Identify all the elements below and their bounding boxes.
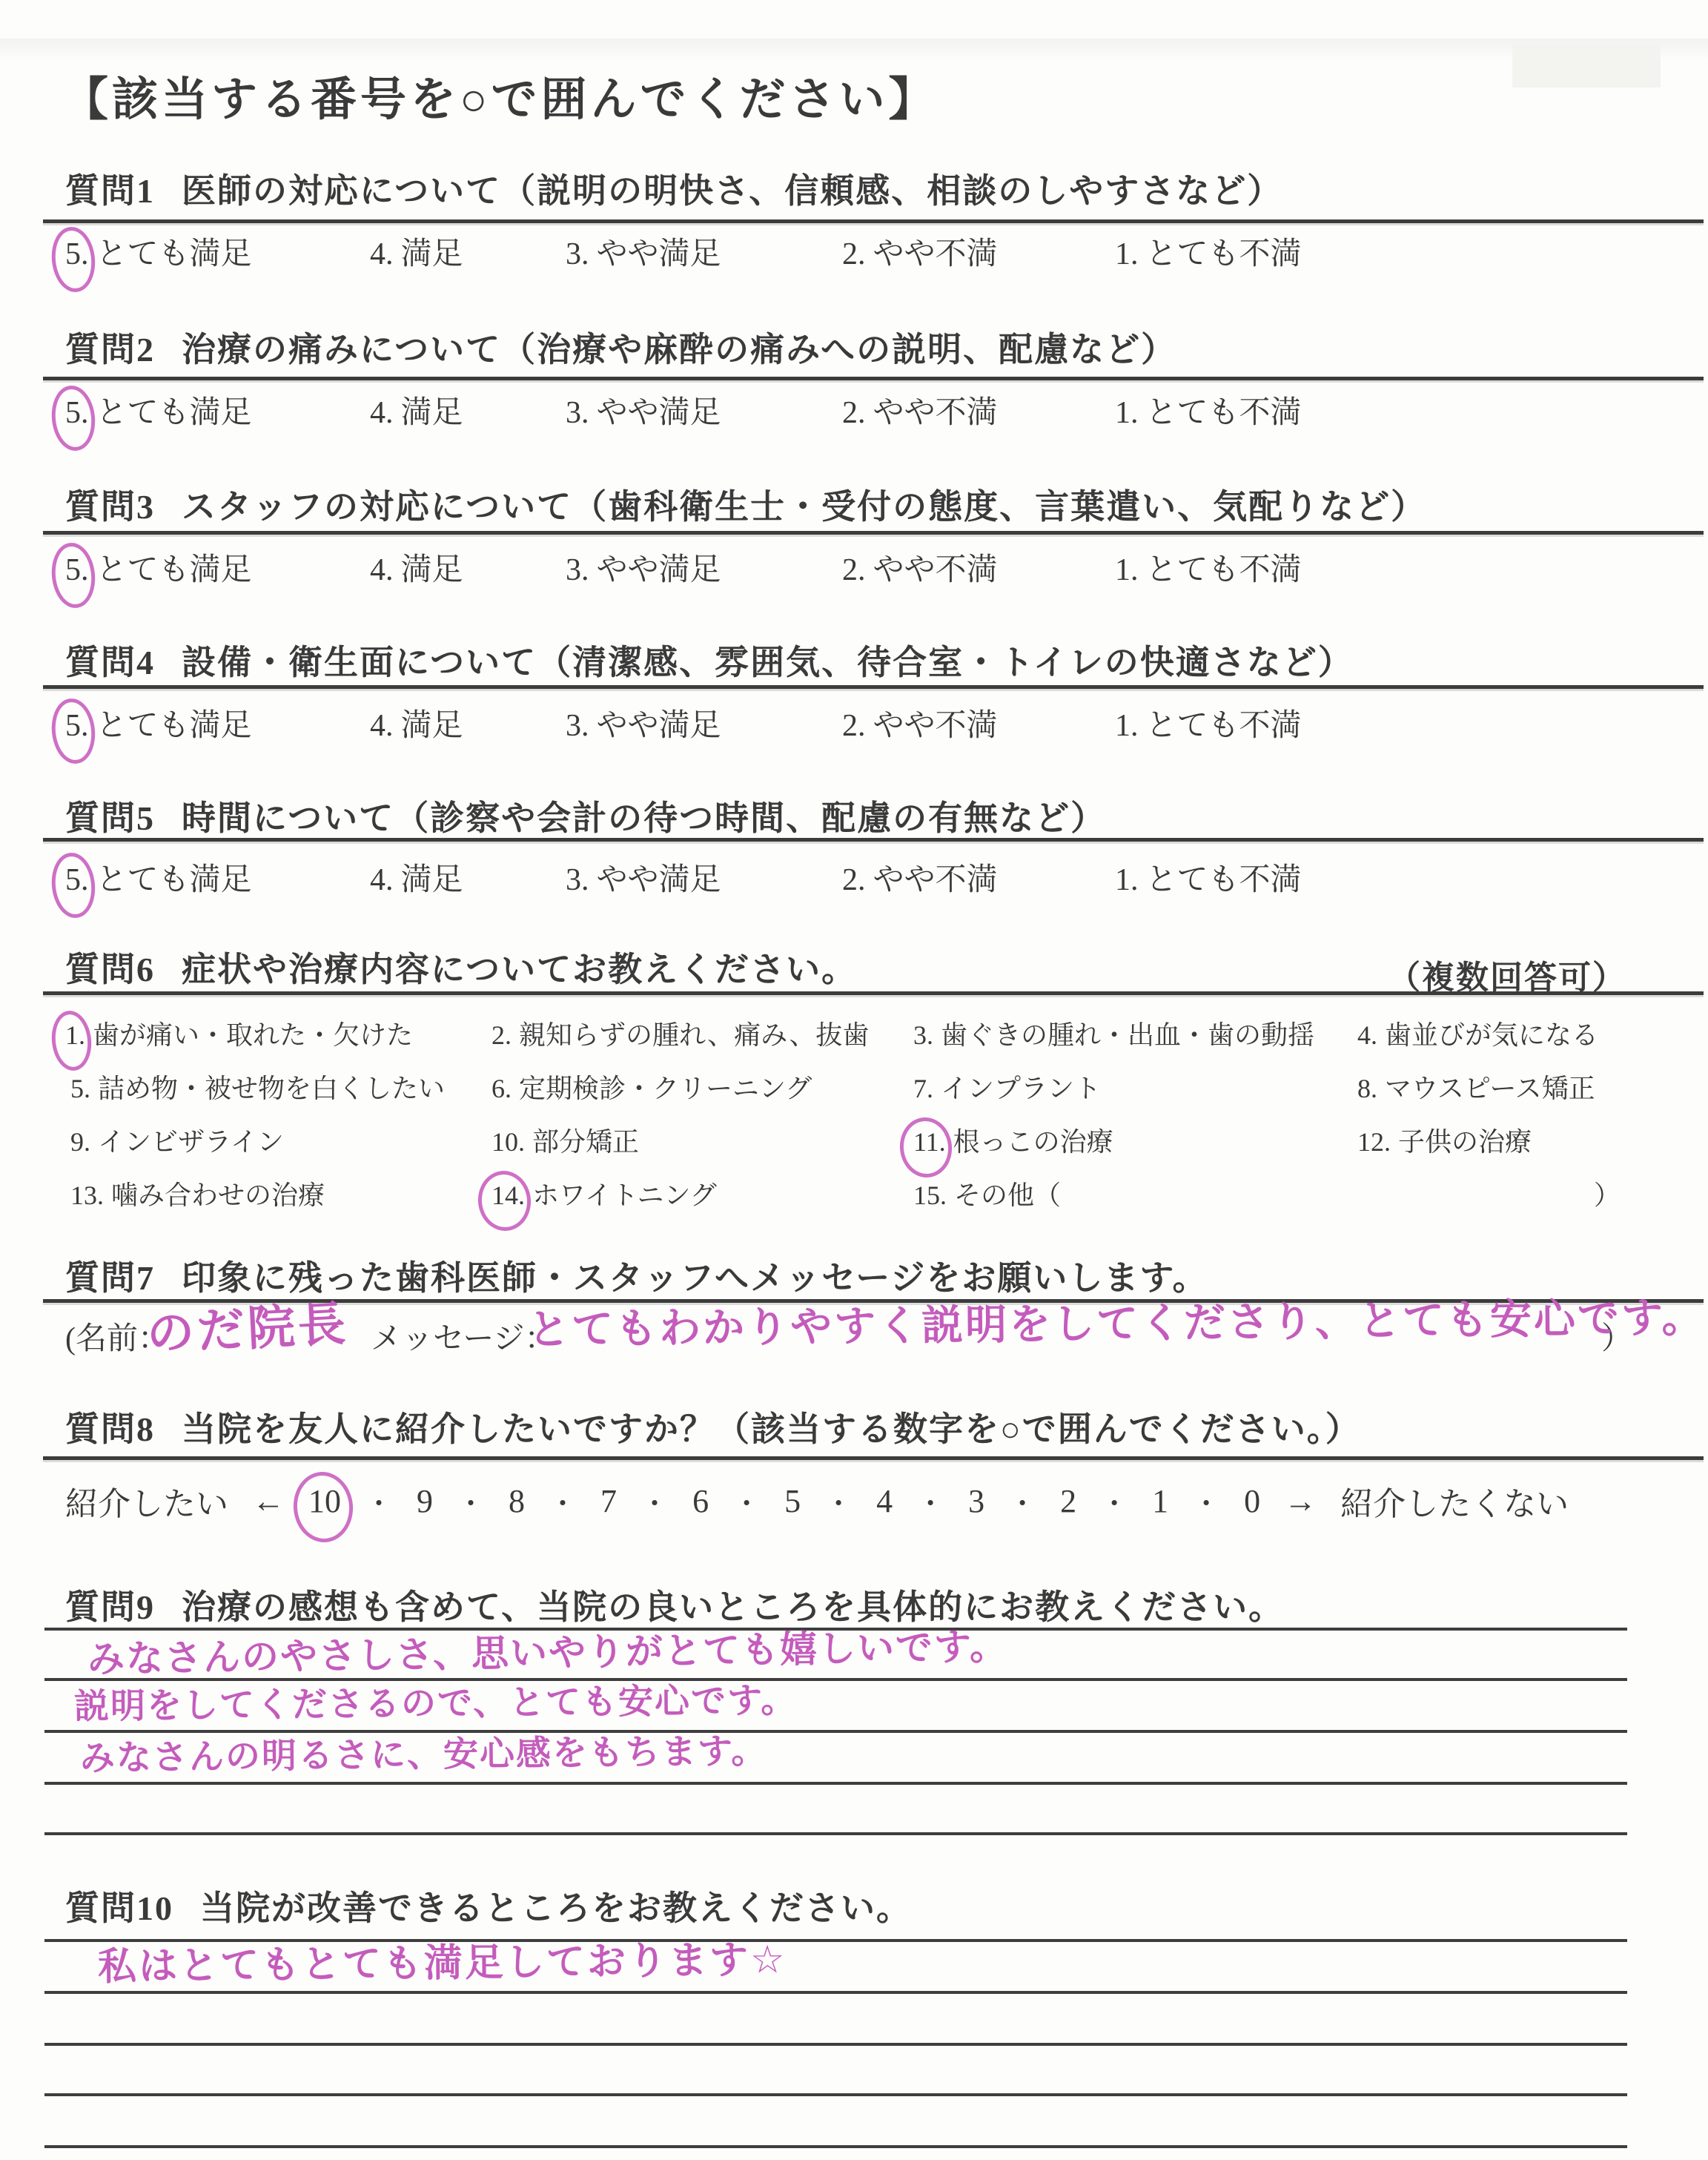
rating-option: 4.満足 — [370, 552, 463, 589]
option-text: とても不満 — [1146, 553, 1302, 587]
symptom-option: 9.インビザライン — [70, 1126, 284, 1158]
option-number: 2. — [842, 552, 866, 589]
symptom-option: 5.詰め物・被せ物を白くしたい — [70, 1073, 445, 1105]
question-2-label: 質問2 — [65, 331, 155, 369]
other-close-paren: ） — [1594, 1180, 1621, 1212]
divider-line — [43, 1456, 1704, 1460]
option-text: ホワイトニング — [532, 1180, 717, 1210]
option-text: 満足 — [401, 396, 463, 430]
nps-number: 3 — [968, 1482, 984, 1520]
option-number: 1. — [1115, 236, 1139, 273]
option-text: やや不満 — [873, 553, 998, 587]
nps-number: 0 — [1244, 1482, 1260, 1520]
option-number: 3. — [566, 236, 589, 273]
option-number: 2. — [842, 236, 866, 273]
option-text: 満足 — [401, 237, 463, 271]
question-2-options: 5.とても満足 4.満足 3.やや満足 2.やや不満 1.とても不満 — [0, 394, 1708, 442]
right-arrow-icon: → — [1284, 1482, 1317, 1520]
option-number: 3. — [566, 707, 589, 744]
question-3-header: 質問3スタッフの対応について（歯科衛生士・受付の態度、言葉遣い、気配りなど） — [65, 488, 1426, 527]
handwritten-answer-line: 説明をしてくださるので、とても安心です。 — [74, 1682, 798, 1726]
option-number: 10. — [491, 1126, 525, 1158]
option-number-circle-target: 1. — [65, 1020, 85, 1051]
rating-option: 5.とても満足 — [65, 552, 252, 589]
handwritten-message: とてもわかりやすく説明をしてくださり、とても安心です。 — [528, 1295, 1706, 1353]
question-10-header: 質問10当院が改善できるところをお教えください。 — [65, 1889, 912, 1929]
question-5-header: 質問5時間について（診察や会計の待つ時間、配慮の有無など） — [65, 799, 1106, 839]
answer-ruled-line — [44, 1832, 1627, 1835]
option-number: 2. — [842, 707, 866, 744]
option-text: とても不満 — [1146, 709, 1302, 743]
symptom-option: 13.噛み合わせの治療 — [70, 1180, 325, 1212]
option-text: 歯並びが気になる — [1385, 1020, 1598, 1050]
option-text: 歯が痛い・取れた・欠けた — [93, 1020, 413, 1050]
question-8-label: 質問8 — [65, 1410, 155, 1448]
dot-separator: ・ — [365, 1481, 393, 1522]
answer-ruled-line — [44, 1678, 1627, 1681]
left-arrow-icon: ← — [252, 1482, 285, 1520]
option-number: 3. — [566, 394, 589, 432]
rating-option: 1.とても不満 — [1115, 552, 1302, 589]
handwritten-answer-line: 私はとてもとても満足しております☆ — [98, 1939, 787, 1989]
option-number: 2. — [491, 1020, 512, 1051]
question-6-label: 質問6 — [65, 951, 155, 988]
option-number: 6. — [491, 1073, 512, 1105]
option-number-circle-target: 5. — [65, 236, 89, 273]
option-text: その他（ — [954, 1180, 1061, 1210]
symptom-option: 7.インプラント — [913, 1073, 1101, 1105]
option-number: 12. — [1357, 1126, 1391, 1158]
symptom-option-other: 15.その他（ — [913, 1180, 1061, 1212]
rating-option: 3.やや満足 — [566, 707, 721, 744]
rating-option: 4.満足 — [370, 862, 463, 899]
symptom-option: 4.歯並びが気になる — [1357, 1020, 1598, 1051]
symptom-option: 12.子供の治療 — [1357, 1126, 1532, 1158]
option-number: 7. — [913, 1073, 933, 1105]
question-7-title: 印象に残った歯科医師・スタッフへメッセージをお願いします。 — [182, 1259, 1208, 1297]
nps-number: 8 — [509, 1482, 525, 1520]
question-2-header: 質問2治療の痛みについて（治療や麻酔の痛みへの説明、配慮など） — [65, 331, 1176, 370]
option-number: 15. — [913, 1180, 947, 1212]
option-number: 13. — [70, 1180, 104, 1212]
option-number: 1. — [1115, 394, 1139, 432]
handwritten-answer-line: みなさんのやさしさ、思いやりがとても嬉しいです。 — [87, 1626, 1009, 1680]
answer-ruled-line — [44, 1782, 1627, 1785]
rating-option: 1.とても不満 — [1115, 236, 1302, 273]
question-3-options: 5.とても満足 4.満足 3.やや満足 2.やや不満 1.とても不満 — [0, 552, 1708, 599]
scan-edge-artifact — [1512, 44, 1661, 87]
question-9-label: 質問9 — [65, 1588, 155, 1626]
divider-line — [43, 838, 1704, 842]
option-number: 1. — [1115, 552, 1139, 589]
option-number: 4. — [370, 552, 394, 589]
option-text: やや満足 — [597, 709, 721, 743]
option-text: やや満足 — [597, 553, 721, 587]
option-text: やや満足 — [597, 237, 721, 271]
question-1-options: 5.とても満足 4.満足 3.やや満足 2.やや不満 1.とても不満 — [0, 236, 1708, 283]
divider-line — [43, 685, 1704, 689]
symptom-option: 1.歯が痛い・取れた・欠けた — [65, 1020, 413, 1051]
dot-separator: ・ — [457, 1481, 485, 1522]
option-number-circle-target: 5. — [65, 394, 89, 432]
nps-number-circle-target: 10 — [308, 1482, 341, 1520]
question-1-header: 質問1医師の対応について（説明の明快さ、信頼感、相談のしやすさなど） — [65, 172, 1282, 211]
answer-ruled-line — [44, 2043, 1627, 2046]
rating-option: 5.とても満足 — [65, 862, 252, 899]
dot-separator: ・ — [916, 1481, 944, 1522]
option-number: 3. — [913, 1020, 933, 1051]
option-text: 部分矯正 — [532, 1127, 639, 1157]
option-text: とても満足 — [96, 237, 252, 271]
question-1-label: 質問1 — [65, 172, 155, 210]
question-5-label: 質問5 — [65, 799, 155, 837]
option-number: 4. — [370, 862, 394, 899]
question-6-title: 症状や治療内容についてお教えください。 — [182, 951, 857, 988]
rating-option: 1.とても不満 — [1115, 707, 1302, 744]
divider-line — [43, 219, 1704, 223]
question-8-header: 質問8当院を友人に紹介したいですか？（該当する数字を○で囲んでください。） — [65, 1410, 1361, 1450]
rating-option: 2.やや不満 — [842, 552, 998, 589]
rating-option: 5.とても満足 — [65, 394, 252, 432]
option-text: インビザライン — [98, 1127, 284, 1157]
dot-separator: ・ — [824, 1481, 853, 1522]
option-text: 満足 — [401, 709, 463, 743]
option-number: 2. — [842, 394, 866, 432]
nps-number: 6 — [692, 1482, 709, 1520]
answer-ruled-line — [44, 2145, 1627, 2148]
option-number: 5. — [70, 1073, 90, 1105]
option-number: 9. — [70, 1126, 90, 1158]
answer-ruled-line — [44, 2093, 1627, 2096]
option-number: 1. — [1115, 862, 1139, 899]
option-text: 親知らずの腫れ、痛み、抜歯 — [519, 1020, 869, 1050]
rating-option: 2.やや不満 — [842, 707, 998, 744]
nps-number: 2 — [1060, 1482, 1076, 1520]
option-text: とても満足 — [96, 553, 252, 587]
option-number: 1. — [1115, 707, 1139, 744]
question-9-header: 質問9治療の感想も含めて、当院の良いところを具体的にお教えください。 — [65, 1588, 1284, 1628]
nps-number: 9 — [417, 1482, 433, 1520]
dot-separator: ・ — [1008, 1481, 1036, 1522]
rating-option: 1.とても不満 — [1115, 394, 1302, 432]
question-9-title: 治療の感想も含めて、当院の良いところを具体的にお教えください。 — [182, 1588, 1284, 1626]
question-4-label: 質問4 — [65, 644, 155, 681]
rating-option: 3.やや満足 — [566, 862, 721, 899]
rating-option: 3.やや満足 — [566, 394, 721, 432]
rating-option: 3.やや満足 — [566, 552, 721, 589]
handwritten-answer-line: みなさんの明るさに、安心感をもちます。 — [80, 1732, 768, 1777]
nps-number: 4 — [876, 1482, 893, 1520]
answer-ruled-line — [44, 1730, 1627, 1733]
nps-number: 5 — [784, 1482, 801, 1520]
question-8-title: 当院を友人に紹介したいですか？（該当する数字を○で囲んでください。） — [182, 1410, 1361, 1448]
scan-edge-artifact — [0, 39, 1708, 61]
dot-separator: ・ — [732, 1481, 761, 1522]
question-10-title: 当院が改善できるところをお教えください。 — [200, 1889, 912, 1927]
option-text: 満足 — [401, 553, 463, 587]
option-text: やや不満 — [873, 709, 998, 743]
option-text: とても不満 — [1146, 237, 1302, 271]
answer-ruled-line — [44, 1939, 1627, 1942]
option-number-circle-target: 11. — [913, 1126, 946, 1158]
symptom-option: 10.部分矯正 — [491, 1126, 639, 1158]
question-2-title: 治療の痛みについて（治療や麻酔の痛みへの説明、配慮など） — [182, 331, 1176, 369]
rating-option: 2.やや不満 — [842, 862, 998, 899]
question-5-title: 時間について（診察や会計の待つ時間、配慮の有無など） — [182, 799, 1106, 837]
question-3-label: 質問3 — [65, 488, 155, 526]
option-text: やや満足 — [597, 863, 721, 897]
question-10-label: 質問10 — [65, 1889, 173, 1927]
symptom-option: 14.ホワイトニング — [491, 1180, 717, 1212]
option-text: やや不満 — [873, 237, 998, 271]
option-number: 3. — [566, 862, 589, 899]
question-4-title: 設備・衛生面について（清潔感、雰囲気、待合室・トイレの快適さなど） — [182, 644, 1354, 681]
option-number-circle-target: 5. — [65, 707, 89, 744]
option-text: とても不満 — [1146, 863, 1302, 897]
option-number: 4. — [370, 394, 394, 432]
dot-separator: ・ — [1100, 1481, 1128, 1522]
option-text: とても満足 — [96, 863, 252, 897]
option-text: やや不満 — [873, 863, 998, 897]
option-number: 2. — [842, 862, 866, 899]
nps-right-label: 紹介したくない — [1340, 1477, 1569, 1525]
question-1-title: 医師の対応について（説明の明快さ、信頼感、相談のしやすさなど） — [182, 172, 1282, 210]
option-number: 4. — [370, 236, 394, 273]
option-text: とても満足 — [96, 709, 252, 743]
option-text: 定期検診・クリーニング — [519, 1074, 812, 1103]
nps-number: 1 — [1152, 1482, 1168, 1520]
option-text: とても満足 — [96, 396, 252, 430]
option-text: 子供の治療 — [1398, 1127, 1532, 1157]
option-text: やや不満 — [873, 396, 998, 430]
divider-line — [43, 377, 1704, 380]
option-text: インプラント — [941, 1074, 1101, 1103]
question-7-header: 質問7印象に残った歯科医師・スタッフへメッセージをお願いします。 — [65, 1259, 1208, 1298]
question-6-header: 質問6症状や治療内容についてお教えください。 — [65, 951, 857, 990]
option-number: 8. — [1357, 1073, 1377, 1105]
nps-number: 7 — [600, 1482, 617, 1520]
dot-separator: ・ — [640, 1481, 669, 1522]
question-4-options: 5.とても満足 4.満足 3.やや満足 2.やや不満 1.とても不満 — [0, 707, 1708, 755]
nps-left-label: 紹介したい — [65, 1477, 228, 1525]
option-number-circle-target: 5. — [65, 552, 89, 589]
question-5-options: 5.とても満足 4.満足 3.やや満足 2.やや不満 1.とても不満 — [0, 862, 1708, 909]
option-text: 噛み合わせの治療 — [111, 1180, 325, 1210]
symptom-option: 2.親知らずの腫れ、痛み、抜歯 — [491, 1020, 869, 1051]
option-text: 根っこの治療 — [953, 1127, 1113, 1157]
option-number: 4. — [370, 707, 394, 744]
option-number-circle-target: 14. — [491, 1180, 525, 1212]
option-text: マウスピース矯正 — [1385, 1074, 1595, 1103]
dot-separator: ・ — [549, 1481, 577, 1522]
divider-line — [43, 531, 1704, 535]
option-number-circle-target: 5. — [65, 862, 89, 899]
question-3-title: スタッフの対応について（歯科衛生士・受付の態度、言葉遣い、気配りなど） — [182, 488, 1426, 526]
divider-line — [43, 991, 1704, 995]
handwritten-name: のだ院長 — [145, 1298, 349, 1361]
page-title: 【該当する番号を○で囲んでください】 — [62, 62, 938, 128]
rating-option: 1.とても不満 — [1115, 862, 1302, 899]
survey-scan-page: 【該当する番号を○で囲んでください】 質問1医師の対応について（説明の明快さ、信… — [0, 0, 1708, 2160]
answer-ruled-line — [44, 1991, 1627, 1994]
rating-option: 4.満足 — [370, 236, 463, 273]
option-text: とても不満 — [1146, 396, 1302, 430]
option-text: 満足 — [401, 863, 463, 897]
rating-option: 4.満足 — [370, 394, 463, 432]
option-text: 歯ぐきの腫れ・出血・歯の動揺 — [941, 1020, 1314, 1050]
option-text: 詰め物・被せ物を白くしたい — [98, 1074, 445, 1103]
option-number: 3. — [566, 552, 589, 589]
question-7-label: 質問7 — [65, 1259, 155, 1297]
question-4-header: 質問4設備・衛生面について（清潔感、雰囲気、待合室・トイレの快適さなど） — [65, 644, 1354, 683]
nps-scale-row: 紹介したい ← 10 ・ 9 ・ 8 ・ 7 ・ 6 ・ 5 ・ 4 ・ 3 ・… — [65, 1477, 1569, 1525]
symptom-option: 11.根っこの治療 — [913, 1126, 1113, 1158]
option-text: やや満足 — [597, 396, 721, 430]
rating-option: 2.やや不満 — [842, 236, 998, 273]
option-number: 4. — [1357, 1020, 1377, 1051]
symptom-option: 6.定期検診・クリーニング — [491, 1073, 812, 1105]
rating-option: 5.とても満足 — [65, 707, 252, 744]
symptom-option: 3.歯ぐきの腫れ・出血・歯の動揺 — [913, 1020, 1314, 1051]
rating-option: 2.やや不満 — [842, 394, 998, 432]
rating-option: 4.満足 — [370, 707, 463, 744]
rating-option: 3.やや満足 — [566, 236, 721, 273]
rating-option: 5.とても満足 — [65, 236, 252, 273]
dot-separator: ・ — [1192, 1481, 1220, 1522]
symptom-option: 8.マウスピース矯正 — [1357, 1073, 1595, 1105]
